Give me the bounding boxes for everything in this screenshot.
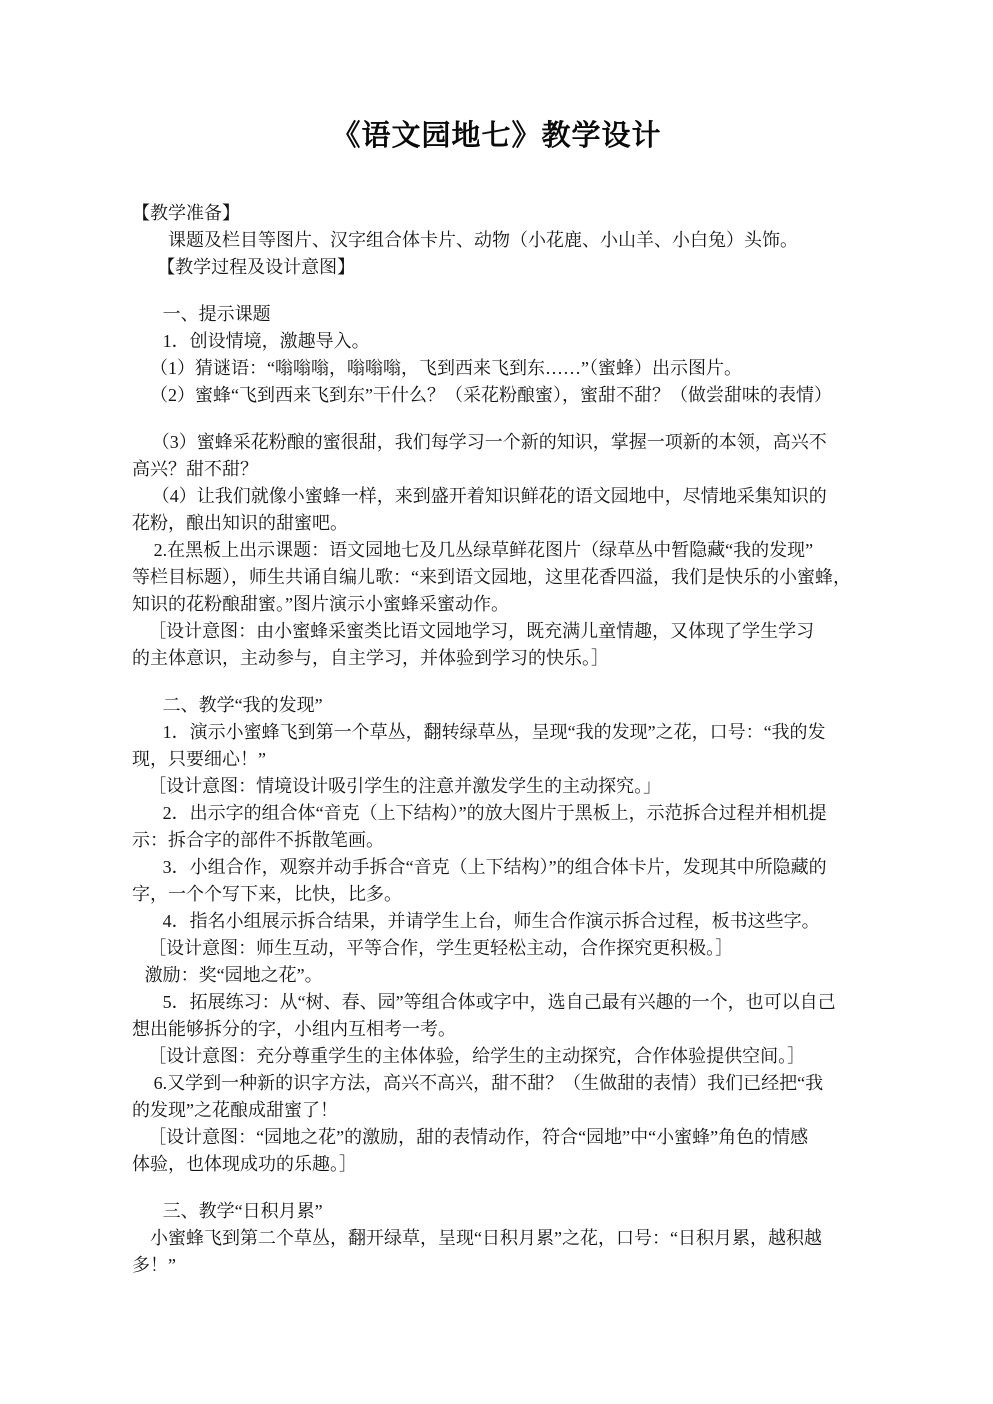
text-line: 多！” [132, 1252, 862, 1279]
text-line: ［设计意图：情境设计吸引学生的注意并激发学生的主动探究。」 [132, 773, 862, 800]
text-line: 一、提示课题 [132, 301, 862, 328]
text-line: 高兴？甜不甜？ [132, 456, 862, 483]
text-line: 激励：奖“园地之花”。 [132, 962, 862, 989]
text-line: 1．创设情境，激趣导入。 [132, 328, 862, 355]
text-line: 3．小组合作，观察并动手拆合“音克（上下结构）”的组合体卡片，发现其中所隐藏的 [132, 854, 862, 881]
text-line: 【教学过程及设计意图】 [132, 254, 862, 281]
text-line: 课题及栏目等图片、汉字组合体卡片、动物（小花鹿、小山羊、小白兔）头饰。 [132, 227, 862, 254]
text-line: 6.又学到一种新的识字方法，高兴不高兴，甜不甜？（生做甜的表情）我们已经把“我 [132, 1070, 862, 1097]
text-line: 的主体意识，主动参与，自主学习，并体验到学习的快乐。］ [132, 645, 862, 672]
text-line: ［设计意图：充分尊重学生的主体体验，给学生的主动探究，合作体验提供空间。］ [132, 1043, 862, 1070]
document-page: 《语文园地七》教学设计 【教学准备】课题及栏目等图片、汉字组合体卡片、动物（小花… [0, 0, 993, 1404]
text-line: 2．出示字的组合体“音克（上下结构）”的放大图片于黑板上，示范拆合过程并相机提 [132, 800, 862, 827]
text-line: 三、教学“日积月累” [132, 1198, 862, 1225]
text-line: 现，只要细心！” [132, 746, 862, 773]
text-line: （1）猜谜语：“嗡嗡嗡，嗡嗡嗡，飞到西来飞到东……”（蜜蜂）出示图片。 [132, 355, 862, 382]
blank-line [132, 1178, 862, 1198]
text-line: 二、教学“我的发现” [132, 692, 862, 719]
document-title: 《语文园地七》教学设计 [0, 0, 993, 156]
text-line: 【教学准备】 [132, 200, 862, 227]
text-line: 1．演示小蜜蜂飞到第一个草丛，翻转绿草丛，呈现“我的发现”之花，口号：“我的发 [132, 719, 862, 746]
text-line: ［设计意图：师生互动，平等合作，学生更轻松主动，合作探究更积极。］ [132, 935, 862, 962]
text-line: 的发现”之花酿成甜蜜了！ [132, 1097, 862, 1124]
text-line: 等栏目标题），师生共诵自编儿歌：“来到语文园地，这里花香四溢，我们是快乐的小蜜蜂… [132, 564, 862, 591]
blank-line [132, 281, 862, 301]
blank-line [132, 409, 862, 429]
text-line: ［设计意图：“园地之花”的激励，甜的表情动作，符合“园地”中“小蜜蜂”角色的情感 [132, 1124, 862, 1151]
text-line: 知识的花粉酿甜蜜。”图片演示小蜜蜂采蜜动作。 [132, 591, 862, 618]
text-line: 想出能够拆分的字，小组内互相考一考。 [132, 1016, 862, 1043]
text-line: 体验，也体现成功的乐趣。］ [132, 1151, 862, 1178]
text-line: 示：拆合字的部件不拆散笔画。 [132, 827, 862, 854]
text-line: （3）蜜蜂采花粉酿的蜜很甜，我们每学习一个新的知识，掌握一项新的本领，高兴不 [132, 429, 862, 456]
text-line: 4．指名小组展示拆合结果，并请学生上台，师生合作演示拆合过程，板书这些字。 [132, 908, 862, 935]
text-line: ［设计意图：由小蜜蜂采蜜类比语文园地学习，既充满儿童情趣，又体现了学生学习 [132, 618, 862, 645]
text-line: 小蜜蜂飞到第二个草丛，翻开绿草，呈现“日积月累”之花，口号：“日积月累，越积越 [132, 1225, 862, 1252]
text-line: 字，一个个写下来，比快，比多。 [132, 881, 862, 908]
document-body: 【教学准备】课题及栏目等图片、汉字组合体卡片、动物（小花鹿、小山羊、小白兔）头饰… [132, 200, 862, 1279]
blank-line [132, 672, 862, 692]
text-line: 2.在黑板上出示课题：语文园地七及几丛绿草鲜花图片（绿草丛中暂隐藏“我的发现” [132, 537, 862, 564]
text-line: （4）让我们就像小蜜蜂一样，来到盛开着知识鲜花的语文园地中，尽情地采集知识的 [132, 483, 862, 510]
text-line: 花粉，酿出知识的甜蜜吧。 [132, 510, 862, 537]
text-line: 5．拓展练习：从“树、春、园”等组合体或字中，选自己最有兴趣的一个，也可以自己 [132, 989, 862, 1016]
text-line: （2）蜜蜂“飞到西来飞到东”干什么？（采花粉酿蜜），蜜甜不甜？（做尝甜味的表情） [132, 382, 862, 409]
